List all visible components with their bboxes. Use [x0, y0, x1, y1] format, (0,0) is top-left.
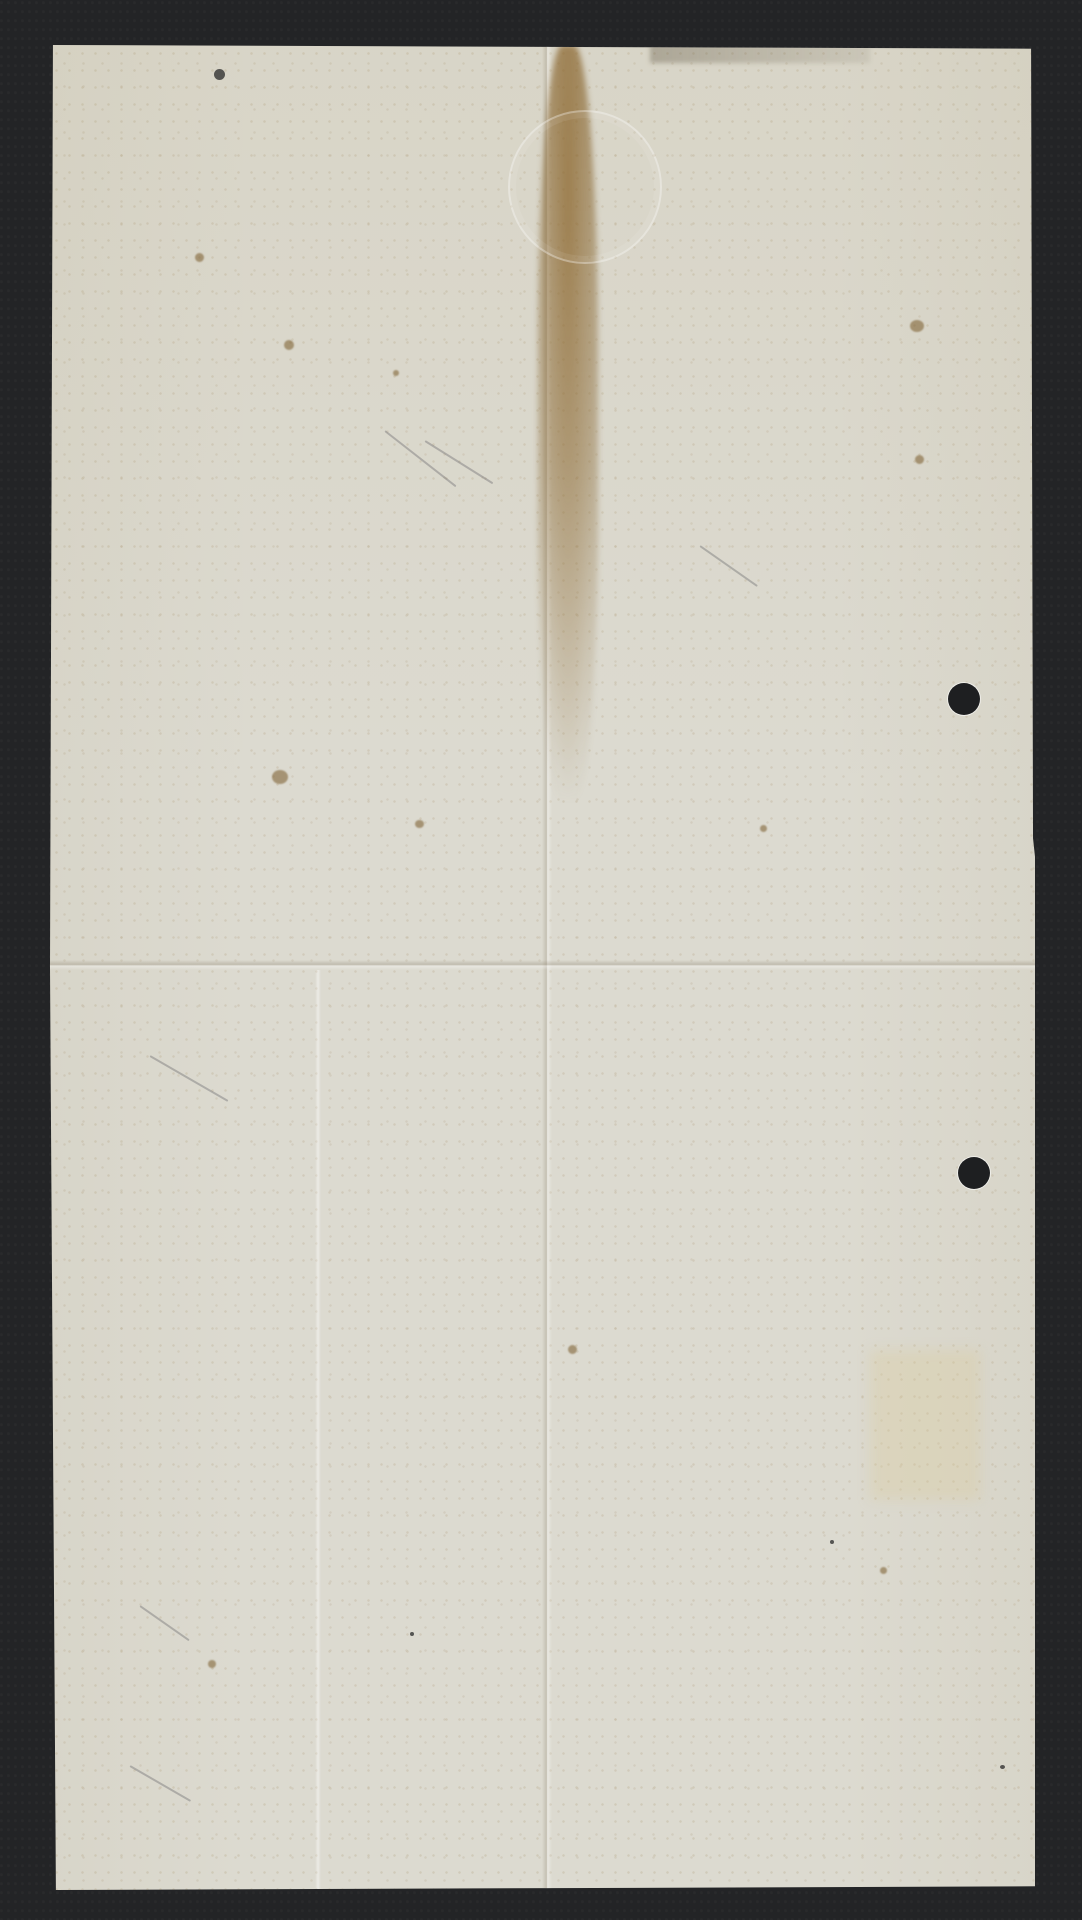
- ink-spot: [830, 1540, 834, 1544]
- foxing-spot: [910, 320, 924, 332]
- horizontal-fold-crease: [50, 960, 1035, 970]
- foxing-spot: [568, 1345, 577, 1354]
- discoloration-patch: [870, 1350, 980, 1500]
- foxing-spot: [915, 455, 924, 464]
- foxing-spot: [760, 825, 767, 832]
- embossed-seal: [508, 110, 662, 264]
- ink-spot: [1000, 1765, 1005, 1769]
- ink-spot: [410, 1632, 414, 1636]
- foxing-spot: [208, 1660, 216, 1668]
- foxing-spot: [880, 1567, 887, 1574]
- punch-hole: [958, 1157, 990, 1189]
- document-sheet: [50, 45, 1035, 1890]
- foxing-spot: [195, 253, 204, 262]
- foxing-spot: [284, 340, 294, 350]
- foxing-spot: [393, 370, 399, 376]
- ink-spot: [214, 69, 225, 80]
- secondary-fold-crease: [315, 970, 321, 1890]
- foxing-spot: [415, 820, 424, 828]
- punch-hole: [948, 683, 980, 715]
- foxing-spot: [272, 770, 288, 784]
